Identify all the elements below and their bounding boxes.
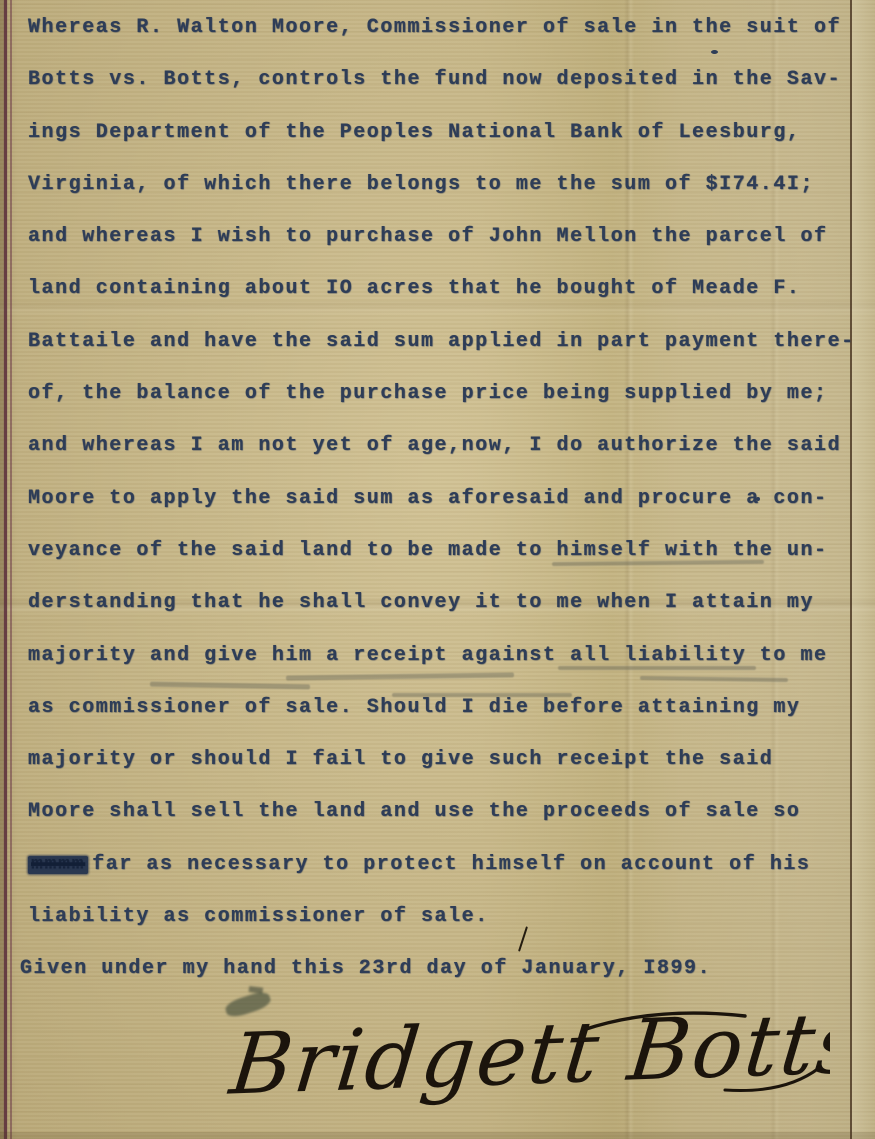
signature-block: Bridgett Botts bbox=[185, 972, 830, 1137]
typed-line-text: far as necessary to protect himself on a… bbox=[92, 853, 810, 876]
typed-line: majority or should I fail to give such r… bbox=[28, 734, 868, 786]
left-margin-rule-inner bbox=[10, 0, 12, 1139]
typed-line: and whereas I am not yet of age,now, I d… bbox=[28, 420, 868, 472]
typed-line: majority and give him a receipt against … bbox=[28, 630, 868, 682]
typed-line: veyance of the said land to be made to h… bbox=[28, 525, 868, 577]
paper-left-edge bbox=[0, 0, 4, 1139]
typed-line-with-strikeout: mmmmfar as necessary to protect himself … bbox=[28, 839, 868, 891]
typed-line: Whereas R. Walton Moore, Commissioner of… bbox=[28, 2, 868, 54]
struck-out-word: mmmm bbox=[28, 856, 88, 874]
typed-line: Moore to apply the said sum as aforesaid… bbox=[28, 473, 868, 525]
signature-svg: Bridgett Botts bbox=[185, 972, 830, 1137]
typed-line: and whereas I wish to purchase of John M… bbox=[28, 211, 868, 263]
typed-line: of, the balance of the purchase price be… bbox=[28, 368, 868, 420]
typed-line: as commissioner of sale. Should I die be… bbox=[28, 682, 868, 734]
signature-text: Bridgett Botts bbox=[224, 994, 830, 1114]
document-page: Whereas R. Walton Moore, Commissioner of… bbox=[0, 0, 875, 1139]
left-margin-rule-outer bbox=[4, 0, 7, 1139]
typed-line: land containing about IO acres that he b… bbox=[28, 263, 868, 315]
typed-line: derstanding that he shall convey it to m… bbox=[28, 577, 868, 629]
typed-line: Moore shall sell the land and use the pr… bbox=[28, 786, 868, 838]
typed-line: liability as commissioner of sale. bbox=[28, 891, 868, 943]
typed-line: Virginia, of which there belongs to me t… bbox=[28, 159, 868, 211]
typed-text-block: Whereas R. Walton Moore, Commissioner of… bbox=[28, 2, 868, 996]
typed-line: Battaile and have the said sum applied i… bbox=[28, 316, 868, 368]
typed-line: ings Department of the Peoples National … bbox=[28, 107, 868, 159]
typed-line: Botts vs. Botts, controls the fund now d… bbox=[28, 54, 868, 106]
